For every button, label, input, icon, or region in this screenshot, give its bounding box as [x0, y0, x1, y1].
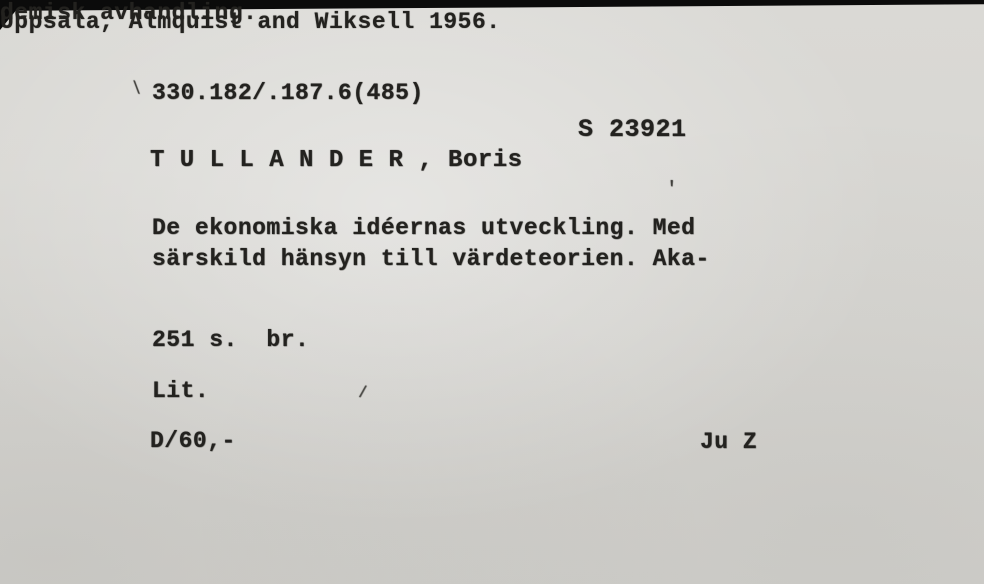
title-line-2: särskild hänsyn till värdeteorien. Aka-	[152, 246, 710, 272]
stray-mark: /	[358, 384, 368, 402]
literature-note: Lit.	[152, 378, 209, 404]
shelf-mark: Ju Z	[700, 429, 757, 455]
stray-mark: '	[666, 178, 678, 200]
accession-number: S 23921	[578, 115, 687, 144]
title-line-1: De ekonomiska idéernas utveckling. Med	[152, 215, 696, 241]
catalog-card: \ 330.182/.187.6(485) S 23921 T U L L A …	[0, 0, 984, 584]
stray-mark: \	[130, 79, 143, 99]
author-heading: T U L L A N D E R , Boris	[150, 147, 523, 174]
price-note: D/60,-	[150, 428, 236, 454]
collation-statement: 251 s. br.	[152, 327, 309, 353]
classification-number: 330.182/.187.6(485)	[152, 80, 424, 106]
imprint-line: Uppsala, Almquist and Wiksell 1956.	[0, 9, 501, 35]
